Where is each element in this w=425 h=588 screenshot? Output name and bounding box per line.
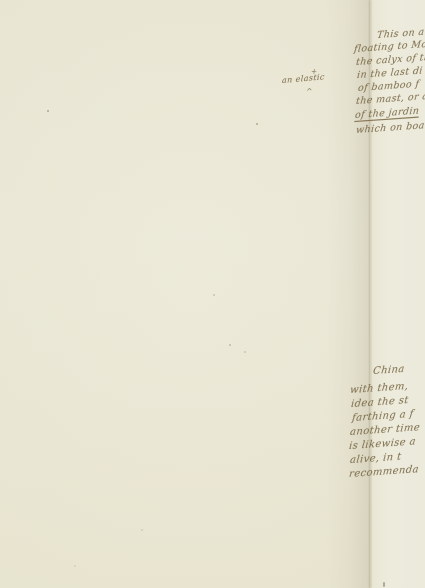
paper-speck (229, 344, 231, 346)
paper-speck (47, 110, 49, 112)
paper-speck (256, 123, 258, 125)
paper-speck (141, 529, 143, 531)
paper-speck (244, 351, 246, 353)
paper-speck (74, 565, 76, 567)
manuscript-page: + an elastic ^ This on a floating to Mo … (0, 0, 425, 588)
paper-speck (213, 294, 215, 296)
annotation-caret-below-icon: ^ (306, 87, 313, 95)
marginal-annotation: an elastic (282, 73, 325, 85)
ink-mark (383, 582, 385, 587)
